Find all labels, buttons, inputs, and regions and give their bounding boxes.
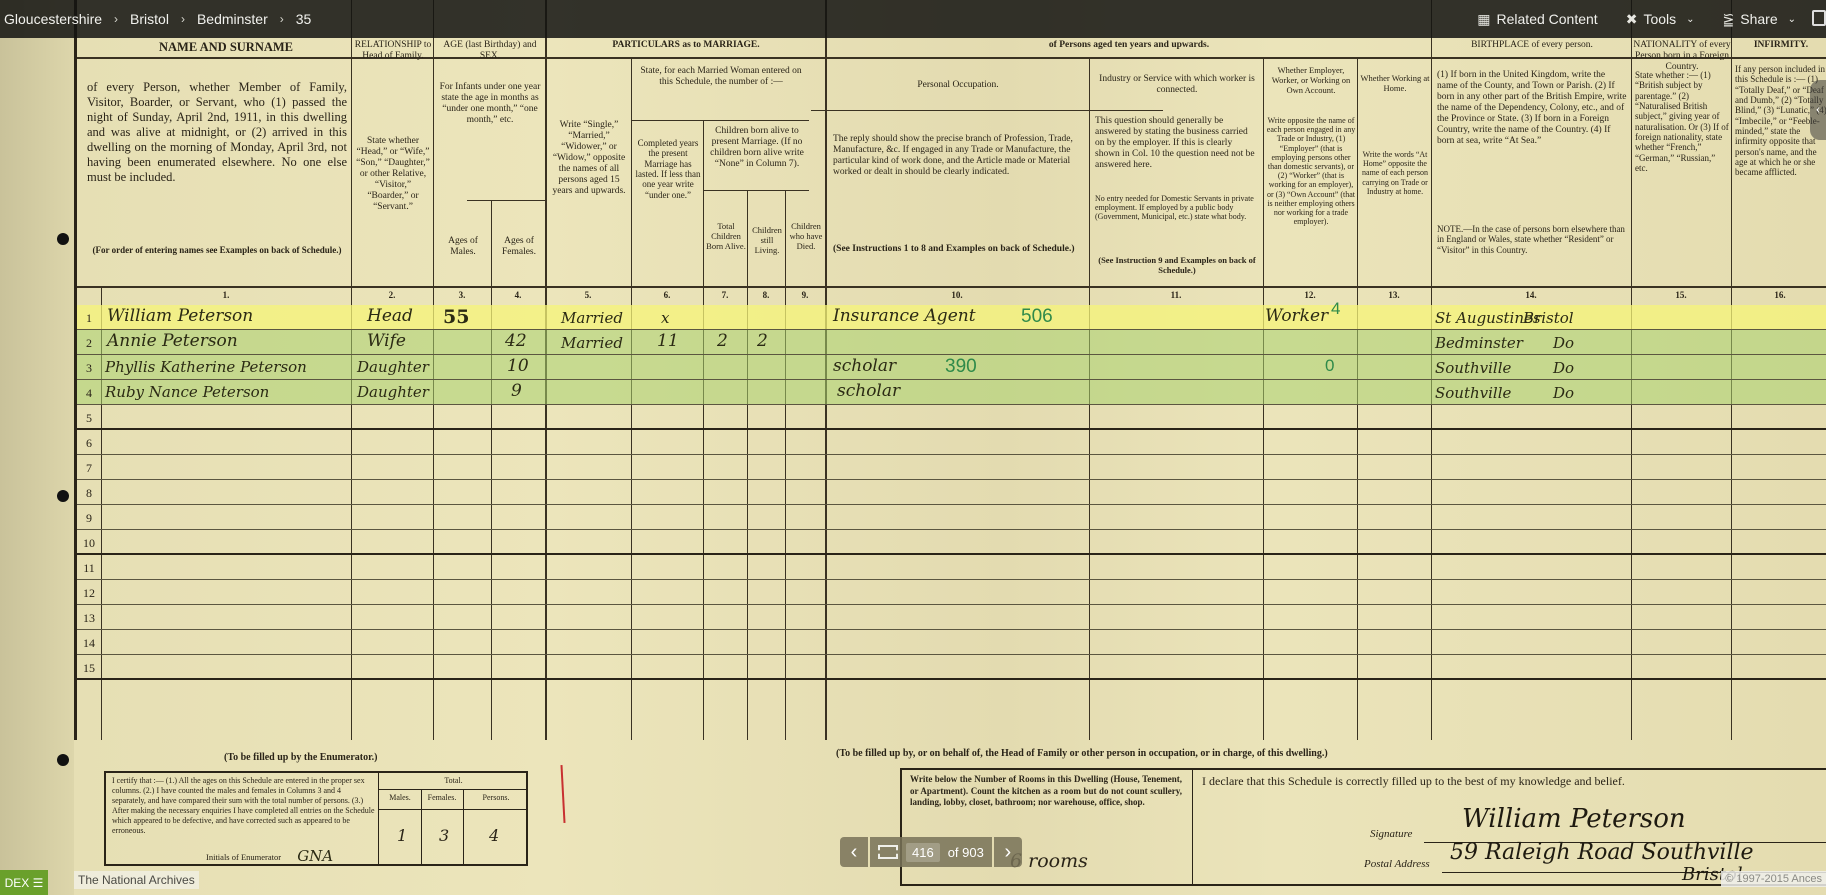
marriage-column-title: PARTICULARS as to MARRIAGE. <box>547 40 825 51</box>
red-pencil-mark <box>560 765 565 823</box>
table-row[interactable]: 5 <box>77 405 1826 430</box>
age-female: 42 <box>505 331 527 351</box>
occupation-column-subtitle: of Persons aged ten years and upwards. <box>827 40 1431 51</box>
copyright-notice: © 1997-2015 Ances <box>1721 871 1826 887</box>
breadcrumb: Gloucestershire › Bristol › Bedminster ›… <box>0 11 311 27</box>
table-row[interactable]: 6 <box>77 430 1826 455</box>
birthplace: Southville <box>1435 359 1511 377</box>
age-female: 10 <box>507 356 529 376</box>
age-male: 55 <box>443 306 469 328</box>
column-number: 3. <box>433 290 491 300</box>
chevron-right-icon: › <box>1005 841 1012 864</box>
breadcrumb-town[interactable]: Bristol <box>130 11 169 27</box>
source-label: The National Archives <box>74 871 199 889</box>
punch-hole <box>57 490 69 502</box>
col10-note: (See Instructions 1 to 8 and Examples on… <box>833 244 1085 255</box>
occupation-code: 390 <box>945 356 977 378</box>
breadcrumb-district[interactable]: Bedminster <box>197 11 268 27</box>
marital-status: Married <box>561 309 623 327</box>
column-number: 1. <box>101 290 351 300</box>
col11-small: No entry needed for Domestic Servants in… <box>1095 194 1259 222</box>
column-number: 4. <box>491 290 545 300</box>
col6-instructions: Completed years the present Marriage has… <box>633 138 703 200</box>
children-born-alive: 2 <box>717 331 728 351</box>
birthplace: Southville <box>1435 384 1511 402</box>
menu-icon: ☰ <box>33 876 44 890</box>
col2-instructions: State whether “Head,” or “Wife,” “Son,” … <box>355 136 431 212</box>
col5-instructions: Write “Single,” “Married,” “Widower,” or… <box>549 120 629 196</box>
col12-title: Whether Employer, Worker, or Working on … <box>1265 66 1357 95</box>
share-menu-button[interactable]: ⪠ Share ⌄ <box>1723 11 1796 28</box>
age-infants-note: For Infants under one year state the age… <box>435 82 545 126</box>
declaration: I declare that this Schedule is correctl… <box>1202 774 1625 789</box>
filmstrip-icon[interactable] <box>878 845 898 859</box>
col3-title: Ages of Males. <box>435 236 491 258</box>
col15-instructions: State whether :— (1) “British subject by… <box>1635 70 1729 173</box>
chevron-down-icon: ⌄ <box>1788 14 1796 25</box>
books-icon: ▦ <box>1477 11 1490 28</box>
relationship: Daughter <box>357 383 429 401</box>
chevron-left-icon: ‹ <box>851 841 858 864</box>
col12-instructions: Write opposite the name of each person e… <box>1265 116 1357 226</box>
table-row[interactable]: 7 <box>77 455 1826 480</box>
viewer-toolbar: Gloucestershire › Bristol › Bedminster ›… <box>0 0 1826 38</box>
col4-title: Ages of Females. <box>493 236 545 258</box>
relationship: Daughter <box>357 358 429 376</box>
table-row[interactable]: 9 <box>77 505 1826 530</box>
occupation: Insurance Agent <box>833 306 976 326</box>
column-number: 13. <box>1357 290 1431 300</box>
table-row[interactable]: 11 <box>77 555 1826 580</box>
table-row[interactable]: 14 <box>77 630 1826 655</box>
birthplace-county: Do <box>1553 359 1574 377</box>
column-number: 2. <box>351 290 433 300</box>
tools-menu-button[interactable]: ✖ Tools ⌄ <box>1626 11 1695 28</box>
children-living: 2 <box>757 331 768 351</box>
table-row[interactable]: 12 <box>77 580 1826 605</box>
col14-instructions: (1) If born in the United Kingdom, write… <box>1437 70 1627 146</box>
marital-status: Married <box>561 334 623 352</box>
person-name: Annie Peterson <box>107 331 238 351</box>
enumerator-box: I certify that :— (1.) All the ages on t… <box>104 771 528 866</box>
total-females: 3 <box>439 826 449 845</box>
relationship: Head <box>367 306 413 326</box>
initials-value: GNA <box>297 847 333 865</box>
census-table: NAME AND SURNAME RELATIONSHIP to Head of… <box>74 0 1826 740</box>
schedule-footer: (To be filled up by the Enumerator.) I c… <box>74 740 1826 895</box>
employment-code: 0 <box>1325 356 1334 376</box>
rooms-instructions: Write below the Number of Rooms in this … <box>910 774 1182 809</box>
name-column-title: NAME AND SURNAME <box>101 40 351 55</box>
image-number-input[interactable]: 416 <box>906 843 940 862</box>
occupation-code: 506 <box>1021 306 1053 328</box>
punch-hole <box>57 233 69 245</box>
column-number: 14. <box>1431 290 1631 300</box>
col13-instructions: Write the words “At Home” opposite the n… <box>1359 150 1431 196</box>
age-column-title: AGE (last Birthday) and SEX. <box>435 40 545 62</box>
table-row[interactable]: 8 <box>77 480 1826 505</box>
birthplace-county: Do <box>1553 334 1574 352</box>
column-number: 16. <box>1731 290 1826 300</box>
image-total: of 903 <box>948 845 984 860</box>
table-row[interactable]: 15 <box>77 655 1826 680</box>
occupation: scholar <box>837 381 900 401</box>
employment-status: Worker <box>1265 306 1328 326</box>
column-number: 15. <box>1631 290 1731 300</box>
chevron-down-icon: ⌄ <box>1686 14 1694 25</box>
col13-title: Whether Working at Home. <box>1359 74 1431 94</box>
next-image-button[interactable]: › <box>994 837 1022 867</box>
signature-label: Signature <box>1370 828 1412 840</box>
census-schedule: NAME AND SURNAME RELATIONSHIP to Head of… <box>74 0 1826 895</box>
col11-instructions: This question should generally be answer… <box>1095 116 1259 171</box>
index-toggle-button[interactable]: DEX ☰ <box>0 870 48 895</box>
table-row[interactable]: 1 William Peterson Head 55 Married x Ins… <box>77 305 1826 330</box>
col7-title: Total Children Born Alive. <box>705 222 747 251</box>
col9-title: Children who have Died. <box>787 222 825 251</box>
image-pager: ‹ 416 of 903 › <box>840 837 1022 867</box>
col10-instructions: The reply should show the precise branch… <box>833 134 1085 178</box>
years-married: 11 <box>657 331 679 351</box>
chevron-right-icon: › <box>280 12 284 26</box>
infirmity-column-title: INFIRMITY. <box>1733 40 1826 51</box>
householder-title: (To be filled up by, or on behalf of, th… <box>836 748 1328 759</box>
col11-title: Industry or Service with which worker is… <box>1091 74 1263 96</box>
chevron-right-icon: › <box>114 12 118 26</box>
related-content-button[interactable]: ▦ Related Content <box>1477 11 1597 28</box>
enumerator-title: (To be filled up by the Enumerator.) <box>224 752 377 763</box>
col11-note: (See Instruction 9 and Examples on back … <box>1093 256 1261 276</box>
table-row[interactable]: 10 <box>77 530 1826 555</box>
column-number: 6. <box>631 290 703 300</box>
employment-code: 4 <box>1331 299 1340 319</box>
relationship: Wife <box>367 331 406 351</box>
initials-label: Initials of Enumerator <box>206 852 281 862</box>
occupation: scholar <box>833 356 896 376</box>
enumerator-certification: I certify that :— (1.) All the ages on t… <box>112 776 376 836</box>
column-number: 9. <box>785 290 825 300</box>
table-row[interactable]: 3 Phyllis Katherine Peterson Daughter 10… <box>77 355 1826 380</box>
householder-box: Write below the Number of Rooms in this … <box>900 768 1826 886</box>
wrench-icon: ✖ <box>1626 11 1638 28</box>
image-viewer[interactable]: NAME AND SURNAME RELATIONSHIP to Head of… <box>0 0 1826 895</box>
person-name: Ruby Nance Peterson <box>105 383 269 401</box>
table-row[interactable]: 4 Ruby Nance Peterson Daughter 9 scholar… <box>77 380 1826 405</box>
children-title: Children born alive to present Marriage.… <box>705 126 809 170</box>
breadcrumb-piece[interactable]: 35 <box>296 11 312 27</box>
column-number: 7. <box>703 290 747 300</box>
chevron-right-icon: › <box>181 12 185 26</box>
column-number: 12. <box>1263 290 1357 300</box>
total-males: 1 <box>397 826 407 845</box>
column-number: 10. <box>825 290 1089 300</box>
married-woman-title: State, for each Married Woman entered on… <box>633 66 809 88</box>
nationality-column-title: NATIONALITY of every Person born in a Fo… <box>1633 40 1731 73</box>
share-icon: ⪠ <box>1723 11 1735 28</box>
years-married: x <box>661 309 669 327</box>
side-panel-toggle[interactable]: ‹ <box>1810 80 1826 140</box>
birthplace-column-title: BIRTHPLACE of every person. <box>1433 40 1631 51</box>
birthplace-county: Do <box>1553 384 1574 402</box>
total-persons: 4 <box>489 826 499 845</box>
col10-title: Personal Occupation. <box>827 80 1089 91</box>
table-row[interactable]: 13 <box>77 605 1826 630</box>
previous-image-button[interactable]: ‹ <box>840 837 868 867</box>
breadcrumb-county[interactable]: Gloucestershire <box>4 11 102 27</box>
table-row[interactable]: 2 Annie Peterson Wife 42 Married 11 2 2 … <box>77 330 1826 355</box>
birthplace-county: Bristol <box>1523 309 1574 327</box>
col1-instructions: of every Person, whether Member of Famil… <box>87 80 347 185</box>
column-number: 5. <box>545 290 631 300</box>
relationship-column-title: RELATIONSHIP to Head of Family. <box>353 40 433 62</box>
person-name: Phyllis Katherine Peterson <box>105 358 307 376</box>
birthplace: Bedminster <box>1435 334 1523 352</box>
signature: William Peterson <box>1462 804 1686 834</box>
punch-hole <box>57 754 69 766</box>
postal-address-label: Postal Address <box>1364 858 1430 870</box>
col14-note: NOTE.—In the case of persons born elsewh… <box>1437 224 1627 255</box>
chevron-left-icon: ‹ <box>1816 102 1821 118</box>
postal-address: 59 Raleigh Road Southville <box>1450 840 1754 865</box>
col1-note: (For order of entering names see Example… <box>87 245 347 255</box>
column-number: 8. <box>747 290 785 300</box>
age-female: 9 <box>511 381 522 401</box>
print-icon[interactable] <box>1812 10 1826 26</box>
totals-box: Total. Males. Females. Persons. 1 3 4 <box>378 773 528 864</box>
person-name: William Peterson <box>107 306 253 326</box>
col8-title: Children still Living. <box>749 226 785 255</box>
column-number: 11. <box>1089 290 1263 300</box>
